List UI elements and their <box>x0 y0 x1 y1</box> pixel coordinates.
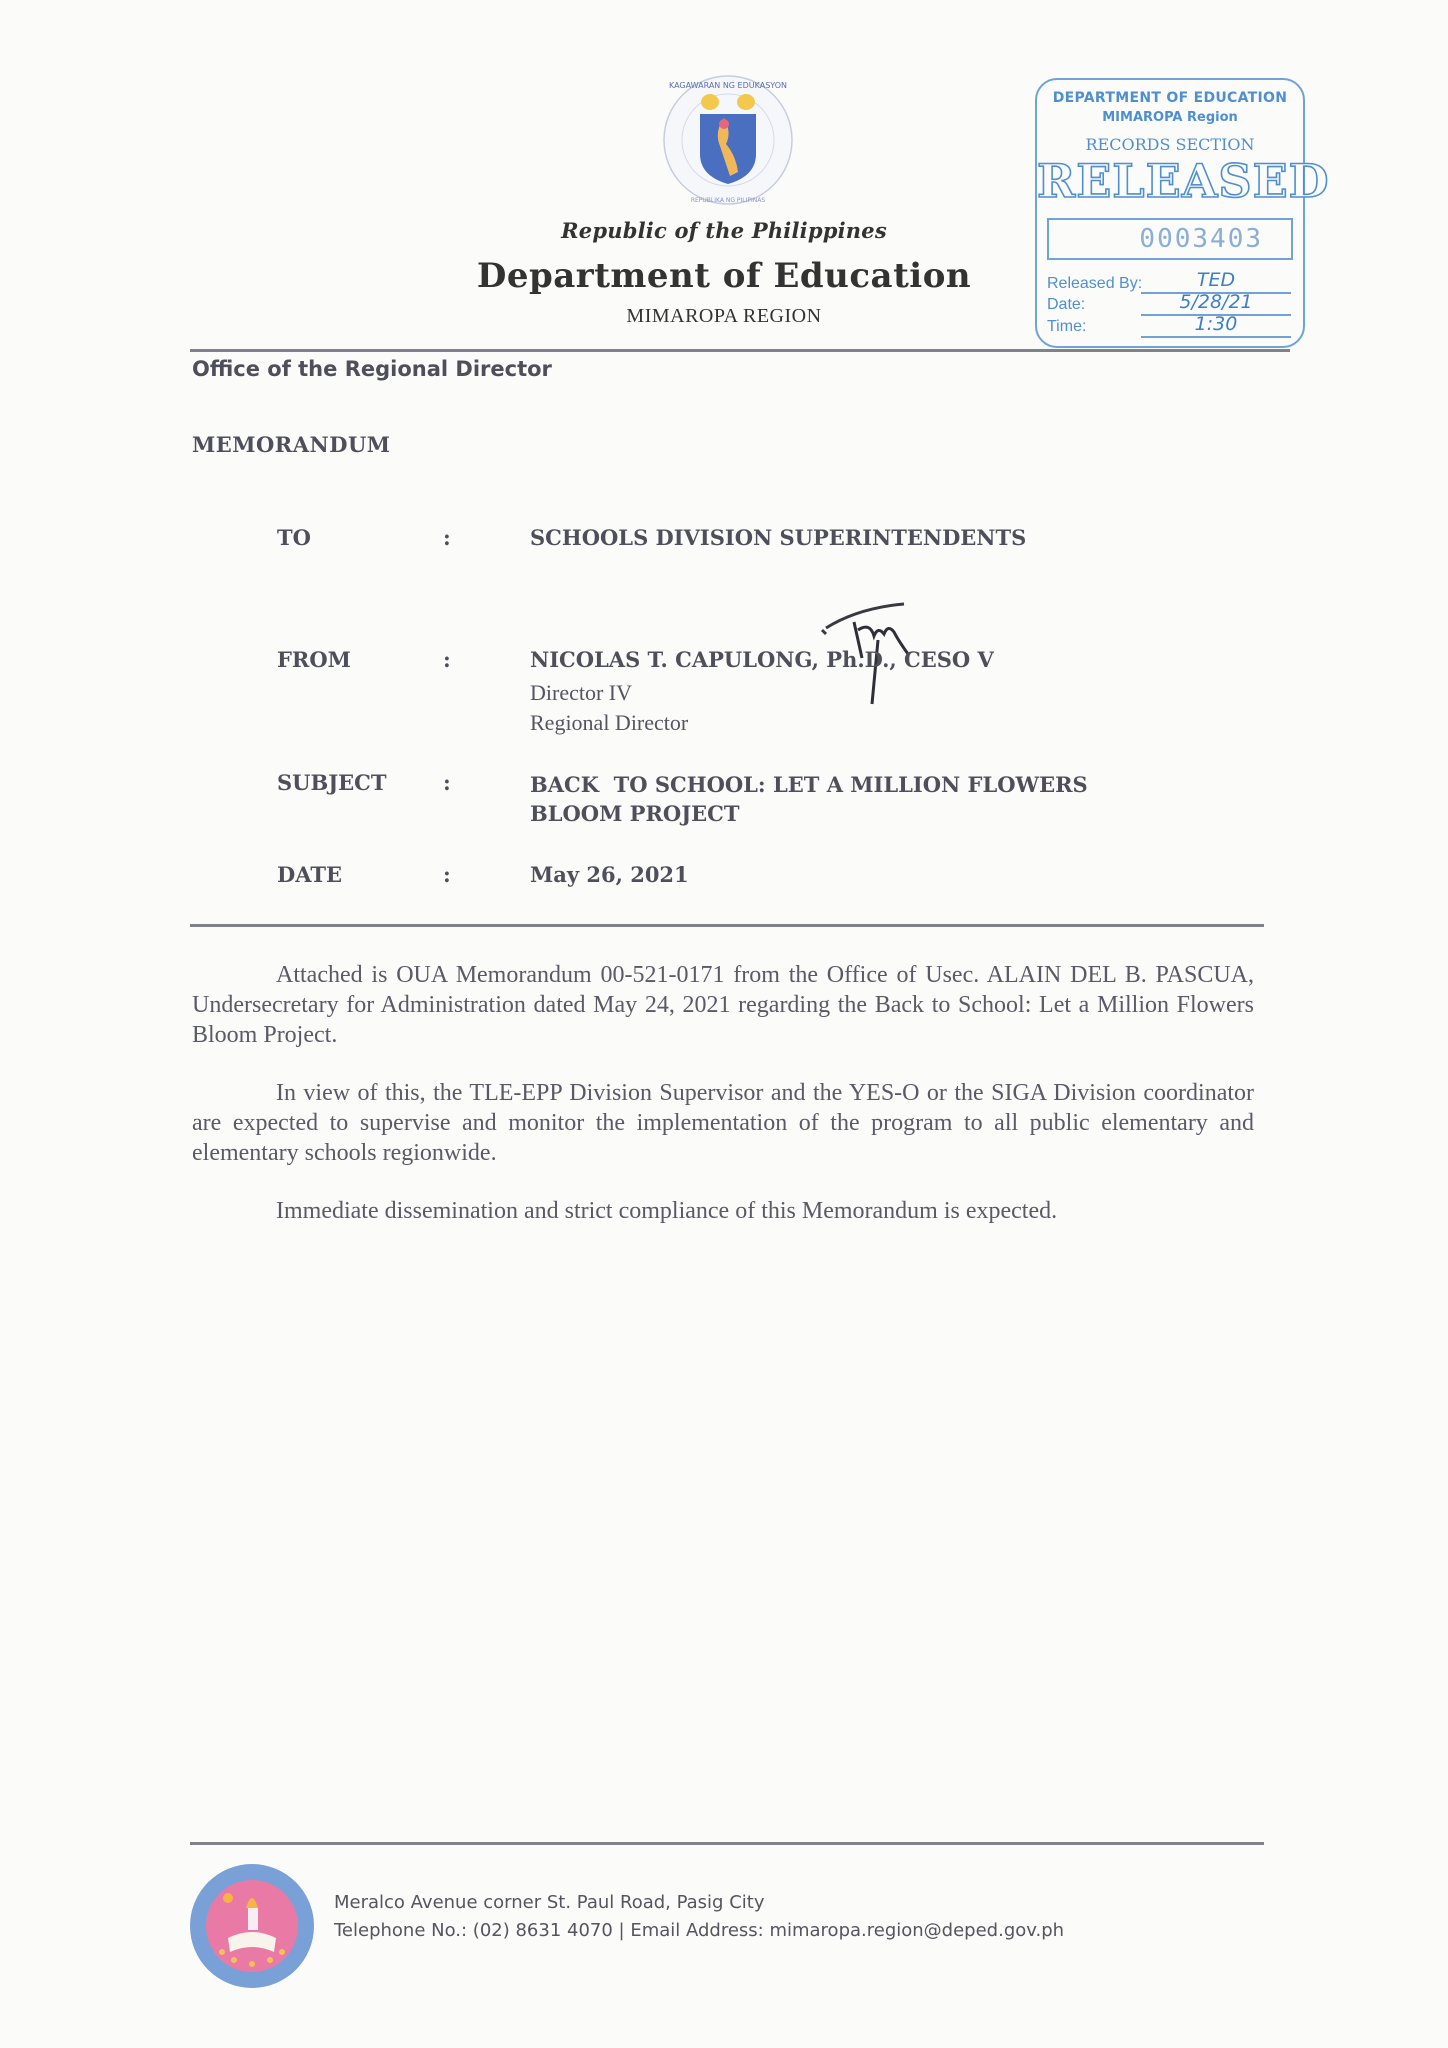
date-colon: : <box>443 862 451 887</box>
stamp-date-label: Date: <box>1047 296 1085 314</box>
to-colon: : <box>443 525 451 550</box>
body-paragraph-1: Attached is OUA Memorandum 00-521-0171 f… <box>192 960 1254 1050</box>
subject-line-2: BLOOM PROJECT <box>530 801 739 826</box>
deped-seal-icon: KAGAWARAN NG EDUKASYON REPUBLIKA NG PILI… <box>652 72 804 212</box>
body-paragraph-3: Immediate dissemination and strict compl… <box>192 1196 1254 1226</box>
to-label: TO <box>277 525 311 550</box>
deped-mimaropa-seal-icon <box>188 1862 316 1990</box>
office-name: Office of the Regional Director <box>192 357 552 381</box>
from-colon: : <box>443 647 451 672</box>
stamp-released-by-label: Released By: <box>1047 275 1142 293</box>
released-stamp: DEPARTMENT OF EDUCATION MIMAROPA Region … <box>1035 78 1305 348</box>
from-title-2: Regional Director <box>530 710 688 736</box>
fields-divider <box>190 924 1264 927</box>
footer-divider <box>190 1842 1264 1845</box>
to-value: SCHOOLS DIVISION SUPERINTENDENTS <box>530 525 1026 550</box>
footer-address: Meralco Avenue corner St. Paul Road, Pas… <box>334 1892 765 1913</box>
from-name: NICOLAS T. CAPULONG, Ph.D., CESO V <box>530 647 994 672</box>
subject-label: SUBJECT <box>277 770 387 795</box>
svg-text:REPUBLIKA NG PILIPINAS: REPUBLIKA NG PILIPINAS <box>691 197 766 204</box>
svg-text:KAGAWARAN NG EDUKASYON: KAGAWARAN NG EDUKASYON <box>669 81 787 90</box>
stamp-time-value: 1:30 <box>1141 314 1291 338</box>
date-label: DATE <box>277 862 342 887</box>
date-value: May 26, 2021 <box>530 862 689 887</box>
stamp-section: RECORDS SECTION <box>1037 135 1303 154</box>
subject-line-1: BACK TO SCHOOL: LET A MILLION FLOWERS <box>530 772 1088 797</box>
body-paragraph-2: In view of this, the TLE-EPP Division Su… <box>192 1078 1254 1168</box>
from-title-1: Director IV <box>530 680 632 706</box>
stamp-number: 0003403 <box>1047 218 1293 260</box>
subject-colon: : <box>443 770 451 795</box>
stamp-status: RELEASED <box>1037 154 1303 208</box>
from-label: FROM <box>277 647 351 672</box>
memo-title: MEMORANDUM <box>192 432 391 457</box>
stamp-time-label: Time: <box>1047 318 1086 336</box>
stamp-department: DEPARTMENT OF EDUCATION <box>1037 90 1303 106</box>
header-divider <box>190 349 1290 352</box>
footer-contact: Telephone No.: (02) 8631 4070 | Email Ad… <box>334 1920 1064 1941</box>
stamp-region: MIMAROPA Region <box>1037 110 1303 125</box>
